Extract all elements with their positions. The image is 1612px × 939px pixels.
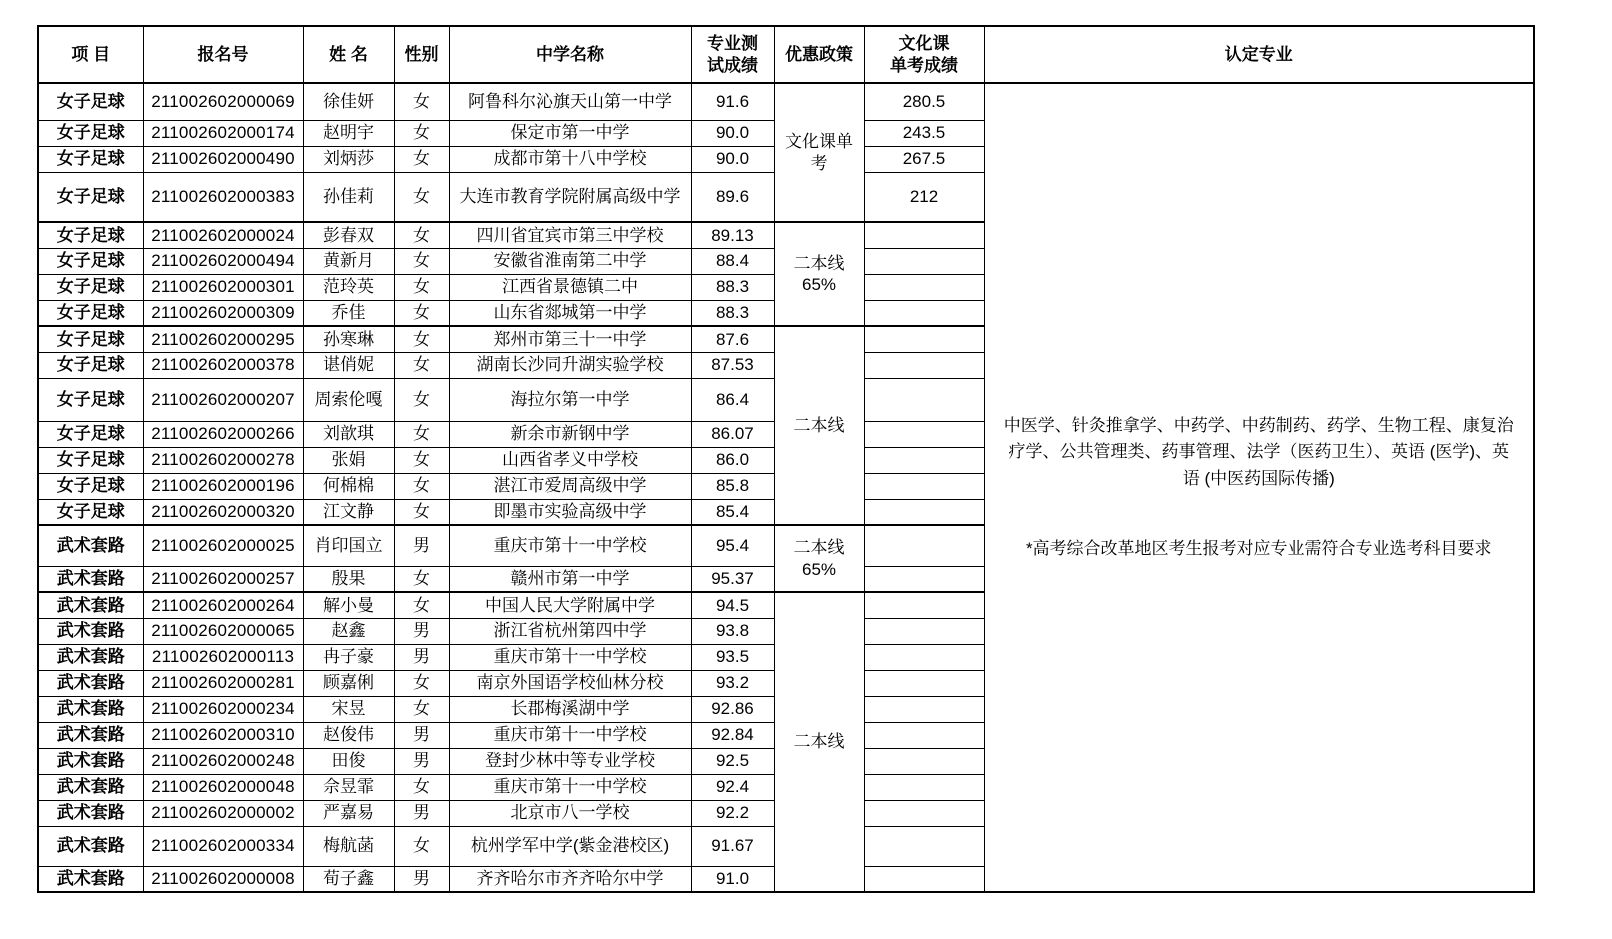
- student-name-cell: 宋昱: [303, 696, 394, 722]
- school-name-cell: 中国人民大学附属中学: [449, 592, 691, 618]
- registration-number-cell: 211002602000008: [143, 866, 303, 892]
- test-score-cell: 88.3: [691, 274, 774, 300]
- culture-score-cell: [864, 447, 984, 473]
- policy-cell: 文化课单考: [774, 83, 864, 222]
- majors-list: 中医学、针灸推拿学、中药学、中药制药、药学、生物工程、康复治疗学、公共管理类、药…: [1003, 413, 1516, 492]
- student-name-cell: 顾嘉俐: [303, 670, 394, 696]
- student-name-cell: 赵鑫: [303, 618, 394, 644]
- culture-score-cell: [864, 696, 984, 722]
- project-cell: 武术套路: [38, 696, 143, 722]
- school-name-cell: 北京市八一学校: [449, 800, 691, 826]
- project-cell: 武术套路: [38, 525, 143, 566]
- gender-cell: 女: [394, 300, 449, 326]
- project-cell: 女子足球: [38, 120, 143, 146]
- registration-number-cell: 211002602000295: [143, 326, 303, 352]
- registration-number-cell: 211002602000257: [143, 566, 303, 592]
- test-score-cell: 92.2: [691, 800, 774, 826]
- registration-number-cell: 211002602000024: [143, 222, 303, 248]
- policy-cell: 二本线: [774, 592, 864, 892]
- test-score-cell: 93.5: [691, 644, 774, 670]
- school-name-cell: 重庆市第十一中学校: [449, 722, 691, 748]
- test-score-cell: 86.07: [691, 421, 774, 447]
- registration-number-cell: 211002602000378: [143, 352, 303, 378]
- test-score-cell: 85.4: [691, 499, 774, 525]
- test-score-cell: 92.4: [691, 774, 774, 800]
- culture-score-cell: [864, 352, 984, 378]
- gender-cell: 男: [394, 644, 449, 670]
- gender-cell: 女: [394, 421, 449, 447]
- header-school: 中学名称: [449, 26, 691, 83]
- registration-number-cell: 211002602000309: [143, 300, 303, 326]
- test-score-cell: 85.8: [691, 473, 774, 499]
- culture-score-cell: [864, 722, 984, 748]
- project-cell: 女子足球: [38, 222, 143, 248]
- student-name-cell: 江文静: [303, 499, 394, 525]
- school-name-cell: 大连市教育学院附属高级中学: [449, 172, 691, 222]
- gender-cell: 女: [394, 378, 449, 421]
- culture-score-cell: 267.5: [864, 146, 984, 172]
- header-gender: 性别: [394, 26, 449, 83]
- test-score-cell: 92.5: [691, 748, 774, 774]
- gender-cell: 男: [394, 525, 449, 566]
- culture-score-cell: [864, 670, 984, 696]
- test-score-cell: 93.8: [691, 618, 774, 644]
- test-score-cell: 88.3: [691, 300, 774, 326]
- project-cell: 女子足球: [38, 248, 143, 274]
- majors-note: *高考综合改革地区考生报考对应专业需符合专业选考科目要求: [1003, 536, 1516, 562]
- registration-number-cell: 211002602000494: [143, 248, 303, 274]
- culture-score-cell: 280.5: [864, 83, 984, 120]
- student-name-cell: 冉子豪: [303, 644, 394, 670]
- school-name-cell: 海拉尔第一中学: [449, 378, 691, 421]
- project-cell: 女子足球: [38, 326, 143, 352]
- school-name-cell: 浙江省杭州第四中学: [449, 618, 691, 644]
- project-cell: 武术套路: [38, 826, 143, 866]
- gender-cell: 男: [394, 866, 449, 892]
- student-name-cell: 赵俊伟: [303, 722, 394, 748]
- policy-cell: 二本线65%: [774, 525, 864, 592]
- project-cell: 武术套路: [38, 592, 143, 618]
- culture-score-cell: [864, 800, 984, 826]
- school-name-cell: 赣州市第一中学: [449, 566, 691, 592]
- test-score-cell: 90.0: [691, 146, 774, 172]
- school-name-cell: 齐齐哈尔市齐齐哈尔中学: [449, 866, 691, 892]
- culture-score-cell: [864, 644, 984, 670]
- registration-number-cell: 211002602000310: [143, 722, 303, 748]
- project-cell: 武术套路: [38, 800, 143, 826]
- culture-score-cell: 212: [864, 172, 984, 222]
- registration-number-cell: 211002602000234: [143, 696, 303, 722]
- project-cell: 武术套路: [38, 644, 143, 670]
- school-name-cell: 登封少林中等专业学校: [449, 748, 691, 774]
- header-policy: 优惠政策: [774, 26, 864, 83]
- school-name-cell: 重庆市第十一中学校: [449, 644, 691, 670]
- header-name: 姓 名: [303, 26, 394, 83]
- project-cell: 女子足球: [38, 421, 143, 447]
- test-score-cell: 89.6: [691, 172, 774, 222]
- table-header: 项 目 报名号 姓 名 性别 中学名称 专业测 试成绩 优惠政策 文化课 单考成…: [38, 26, 1534, 83]
- policy-cell: 二本线: [774, 326, 864, 525]
- culture-score-cell: 243.5: [864, 120, 984, 146]
- culture-score-cell: [864, 826, 984, 866]
- gender-cell: 女: [394, 499, 449, 525]
- registration-number-cell: 211002602000383: [143, 172, 303, 222]
- document-page: 项 目 报名号 姓 名 性别 中学名称 专业测 试成绩 优惠政策 文化课 单考成…: [0, 0, 1612, 939]
- culture-score-cell: [864, 300, 984, 326]
- student-name-cell: 乔佳: [303, 300, 394, 326]
- project-cell: 武术套路: [38, 722, 143, 748]
- student-name-cell: 张娟: [303, 447, 394, 473]
- registration-number-cell: 211002602000113: [143, 644, 303, 670]
- school-name-cell: 成都市第十八中学校: [449, 146, 691, 172]
- test-score-cell: 91.67: [691, 826, 774, 866]
- culture-score-cell: [864, 499, 984, 525]
- test-score-cell: 95.37: [691, 566, 774, 592]
- school-name-cell: 南京外国语学校仙林分校: [449, 670, 691, 696]
- registration-number-cell: 211002602000320: [143, 499, 303, 525]
- test-score-cell: 92.86: [691, 696, 774, 722]
- gender-cell: 女: [394, 566, 449, 592]
- project-cell: 女子足球: [38, 83, 143, 120]
- school-name-cell: 郑州市第三十一中学: [449, 326, 691, 352]
- gender-cell: 女: [394, 670, 449, 696]
- student-name-cell: 殷果: [303, 566, 394, 592]
- header-test-score: 专业测 试成绩: [691, 26, 774, 83]
- test-score-cell: 93.2: [691, 670, 774, 696]
- school-name-cell: 重庆市第十一中学校: [449, 774, 691, 800]
- project-cell: 女子足球: [38, 274, 143, 300]
- student-name-cell: 赵明宇: [303, 120, 394, 146]
- header-majors: 认定专业: [984, 26, 1534, 83]
- school-name-cell: 江西省景德镇二中: [449, 274, 691, 300]
- school-name-cell: 山西省孝义中学校: [449, 447, 691, 473]
- gender-cell: 女: [394, 146, 449, 172]
- header-row: 项 目 报名号 姓 名 性别 中学名称 专业测 试成绩 优惠政策 文化课 单考成…: [38, 26, 1534, 83]
- project-cell: 武术套路: [38, 748, 143, 774]
- gender-cell: 女: [394, 274, 449, 300]
- project-cell: 女子足球: [38, 172, 143, 222]
- registration-number-cell: 211002602000048: [143, 774, 303, 800]
- project-cell: 女子足球: [38, 499, 143, 525]
- registration-number-cell: 211002602000334: [143, 826, 303, 866]
- culture-score-cell: [864, 592, 984, 618]
- gender-cell: 男: [394, 618, 449, 644]
- registration-number-cell: 211002602000065: [143, 618, 303, 644]
- test-score-cell: 86.0: [691, 447, 774, 473]
- culture-score-cell: [864, 326, 984, 352]
- student-name-cell: 彭春双: [303, 222, 394, 248]
- table-row: 女子足球211002602000069徐佳妍女阿鲁科尔沁旗天山第一中学91.6文…: [38, 83, 1534, 120]
- gender-cell: 男: [394, 748, 449, 774]
- registration-number-cell: 211002602000264: [143, 592, 303, 618]
- student-name-cell: 解小曼: [303, 592, 394, 618]
- student-name-cell: 刘歆琪: [303, 421, 394, 447]
- culture-score-cell: [864, 774, 984, 800]
- gender-cell: 女: [394, 326, 449, 352]
- test-score-cell: 86.4: [691, 378, 774, 421]
- gender-cell: 女: [394, 696, 449, 722]
- registration-number-cell: 211002602000278: [143, 447, 303, 473]
- culture-score-cell: [864, 421, 984, 447]
- test-score-cell: 91.6: [691, 83, 774, 120]
- student-name-cell: 周索伦嘎: [303, 378, 394, 421]
- header-culture-score: 文化课 单考成绩: [864, 26, 984, 83]
- test-score-cell: 91.0: [691, 866, 774, 892]
- registration-number-cell: 211002602000490: [143, 146, 303, 172]
- gender-cell: 女: [394, 774, 449, 800]
- student-name-cell: 何棉棉: [303, 473, 394, 499]
- registration-number-cell: 211002602000248: [143, 748, 303, 774]
- test-score-cell: 89.13: [691, 222, 774, 248]
- admission-results-table: 项 目 报名号 姓 名 性别 中学名称 专业测 试成绩 优惠政策 文化课 单考成…: [37, 25, 1535, 893]
- culture-score-cell: [864, 222, 984, 248]
- school-name-cell: 即墨市实验高级中学: [449, 499, 691, 525]
- registration-number-cell: 211002602000301: [143, 274, 303, 300]
- registration-number-cell: 211002602000266: [143, 421, 303, 447]
- culture-score-cell: [864, 618, 984, 644]
- culture-score-cell: [864, 566, 984, 592]
- test-score-cell: 87.53: [691, 352, 774, 378]
- culture-score-cell: [864, 525, 984, 566]
- student-name-cell: 范玲英: [303, 274, 394, 300]
- policy-cell: 二本线65%: [774, 222, 864, 326]
- project-cell: 武术套路: [38, 566, 143, 592]
- test-score-cell: 95.4: [691, 525, 774, 566]
- student-name-cell: 田俊: [303, 748, 394, 774]
- student-name-cell: 梅航菡: [303, 826, 394, 866]
- culture-score-cell: [864, 473, 984, 499]
- gender-cell: 女: [394, 83, 449, 120]
- culture-score-cell: [864, 274, 984, 300]
- school-name-cell: 长郡梅溪湖中学: [449, 696, 691, 722]
- school-name-cell: 阿鲁科尔沁旗天山第一中学: [449, 83, 691, 120]
- project-cell: 女子足球: [38, 447, 143, 473]
- gender-cell: 女: [394, 352, 449, 378]
- student-name-cell: 徐佳妍: [303, 83, 394, 120]
- student-name-cell: 严嘉易: [303, 800, 394, 826]
- registration-number-cell: 211002602000281: [143, 670, 303, 696]
- gender-cell: 女: [394, 248, 449, 274]
- gender-cell: 男: [394, 722, 449, 748]
- culture-score-cell: [864, 248, 984, 274]
- school-name-cell: 保定市第一中学: [449, 120, 691, 146]
- school-name-cell: 杭州学军中学(紫金港校区): [449, 826, 691, 866]
- school-name-cell: 湖南长沙同升湖实验学校: [449, 352, 691, 378]
- project-cell: 女子足球: [38, 352, 143, 378]
- registration-number-cell: 211002602000196: [143, 473, 303, 499]
- school-name-cell: 山东省郯城第一中学: [449, 300, 691, 326]
- gender-cell: 女: [394, 592, 449, 618]
- gender-cell: 女: [394, 222, 449, 248]
- gender-cell: 女: [394, 473, 449, 499]
- header-reg-no: 报名号: [143, 26, 303, 83]
- project-cell: 女子足球: [38, 378, 143, 421]
- gender-cell: 女: [394, 172, 449, 222]
- culture-score-cell: [864, 866, 984, 892]
- test-score-cell: 88.4: [691, 248, 774, 274]
- header-project: 项 目: [38, 26, 143, 83]
- test-score-cell: 94.5: [691, 592, 774, 618]
- project-cell: 武术套路: [38, 774, 143, 800]
- student-name-cell: 佘昱霏: [303, 774, 394, 800]
- project-cell: 武术套路: [38, 866, 143, 892]
- school-name-cell: 安徽省淮南第二中学: [449, 248, 691, 274]
- gender-cell: 男: [394, 800, 449, 826]
- student-name-cell: 孙寒琳: [303, 326, 394, 352]
- student-name-cell: 谌俏妮: [303, 352, 394, 378]
- majors-cell: 中医学、针灸推拿学、中药学、中药制药、药学、生物工程、康复治疗学、公共管理类、药…: [984, 83, 1534, 892]
- project-cell: 武术套路: [38, 618, 143, 644]
- gender-cell: 女: [394, 447, 449, 473]
- student-name-cell: 孙佳莉: [303, 172, 394, 222]
- school-name-cell: 新余市新钢中学: [449, 421, 691, 447]
- table-body: 女子足球211002602000069徐佳妍女阿鲁科尔沁旗天山第一中学91.6文…: [38, 83, 1534, 892]
- gender-cell: 女: [394, 826, 449, 866]
- project-cell: 女子足球: [38, 300, 143, 326]
- school-name-cell: 湛江市爱周高级中学: [449, 473, 691, 499]
- student-name-cell: 肖印国立: [303, 525, 394, 566]
- registration-number-cell: 211002602000207: [143, 378, 303, 421]
- student-name-cell: 荀子鑫: [303, 866, 394, 892]
- registration-number-cell: 211002602000002: [143, 800, 303, 826]
- project-cell: 武术套路: [38, 670, 143, 696]
- culture-score-cell: [864, 378, 984, 421]
- school-name-cell: 四川省宜宾市第三中学校: [449, 222, 691, 248]
- test-score-cell: 87.6: [691, 326, 774, 352]
- culture-score-cell: [864, 748, 984, 774]
- student-name-cell: 黄新月: [303, 248, 394, 274]
- project-cell: 女子足球: [38, 146, 143, 172]
- student-name-cell: 刘炳莎: [303, 146, 394, 172]
- registration-number-cell: 211002602000025: [143, 525, 303, 566]
- school-name-cell: 重庆市第十一中学校: [449, 525, 691, 566]
- project-cell: 女子足球: [38, 473, 143, 499]
- registration-number-cell: 211002602000069: [143, 83, 303, 120]
- gender-cell: 女: [394, 120, 449, 146]
- test-score-cell: 90.0: [691, 120, 774, 146]
- test-score-cell: 92.84: [691, 722, 774, 748]
- registration-number-cell: 211002602000174: [143, 120, 303, 146]
